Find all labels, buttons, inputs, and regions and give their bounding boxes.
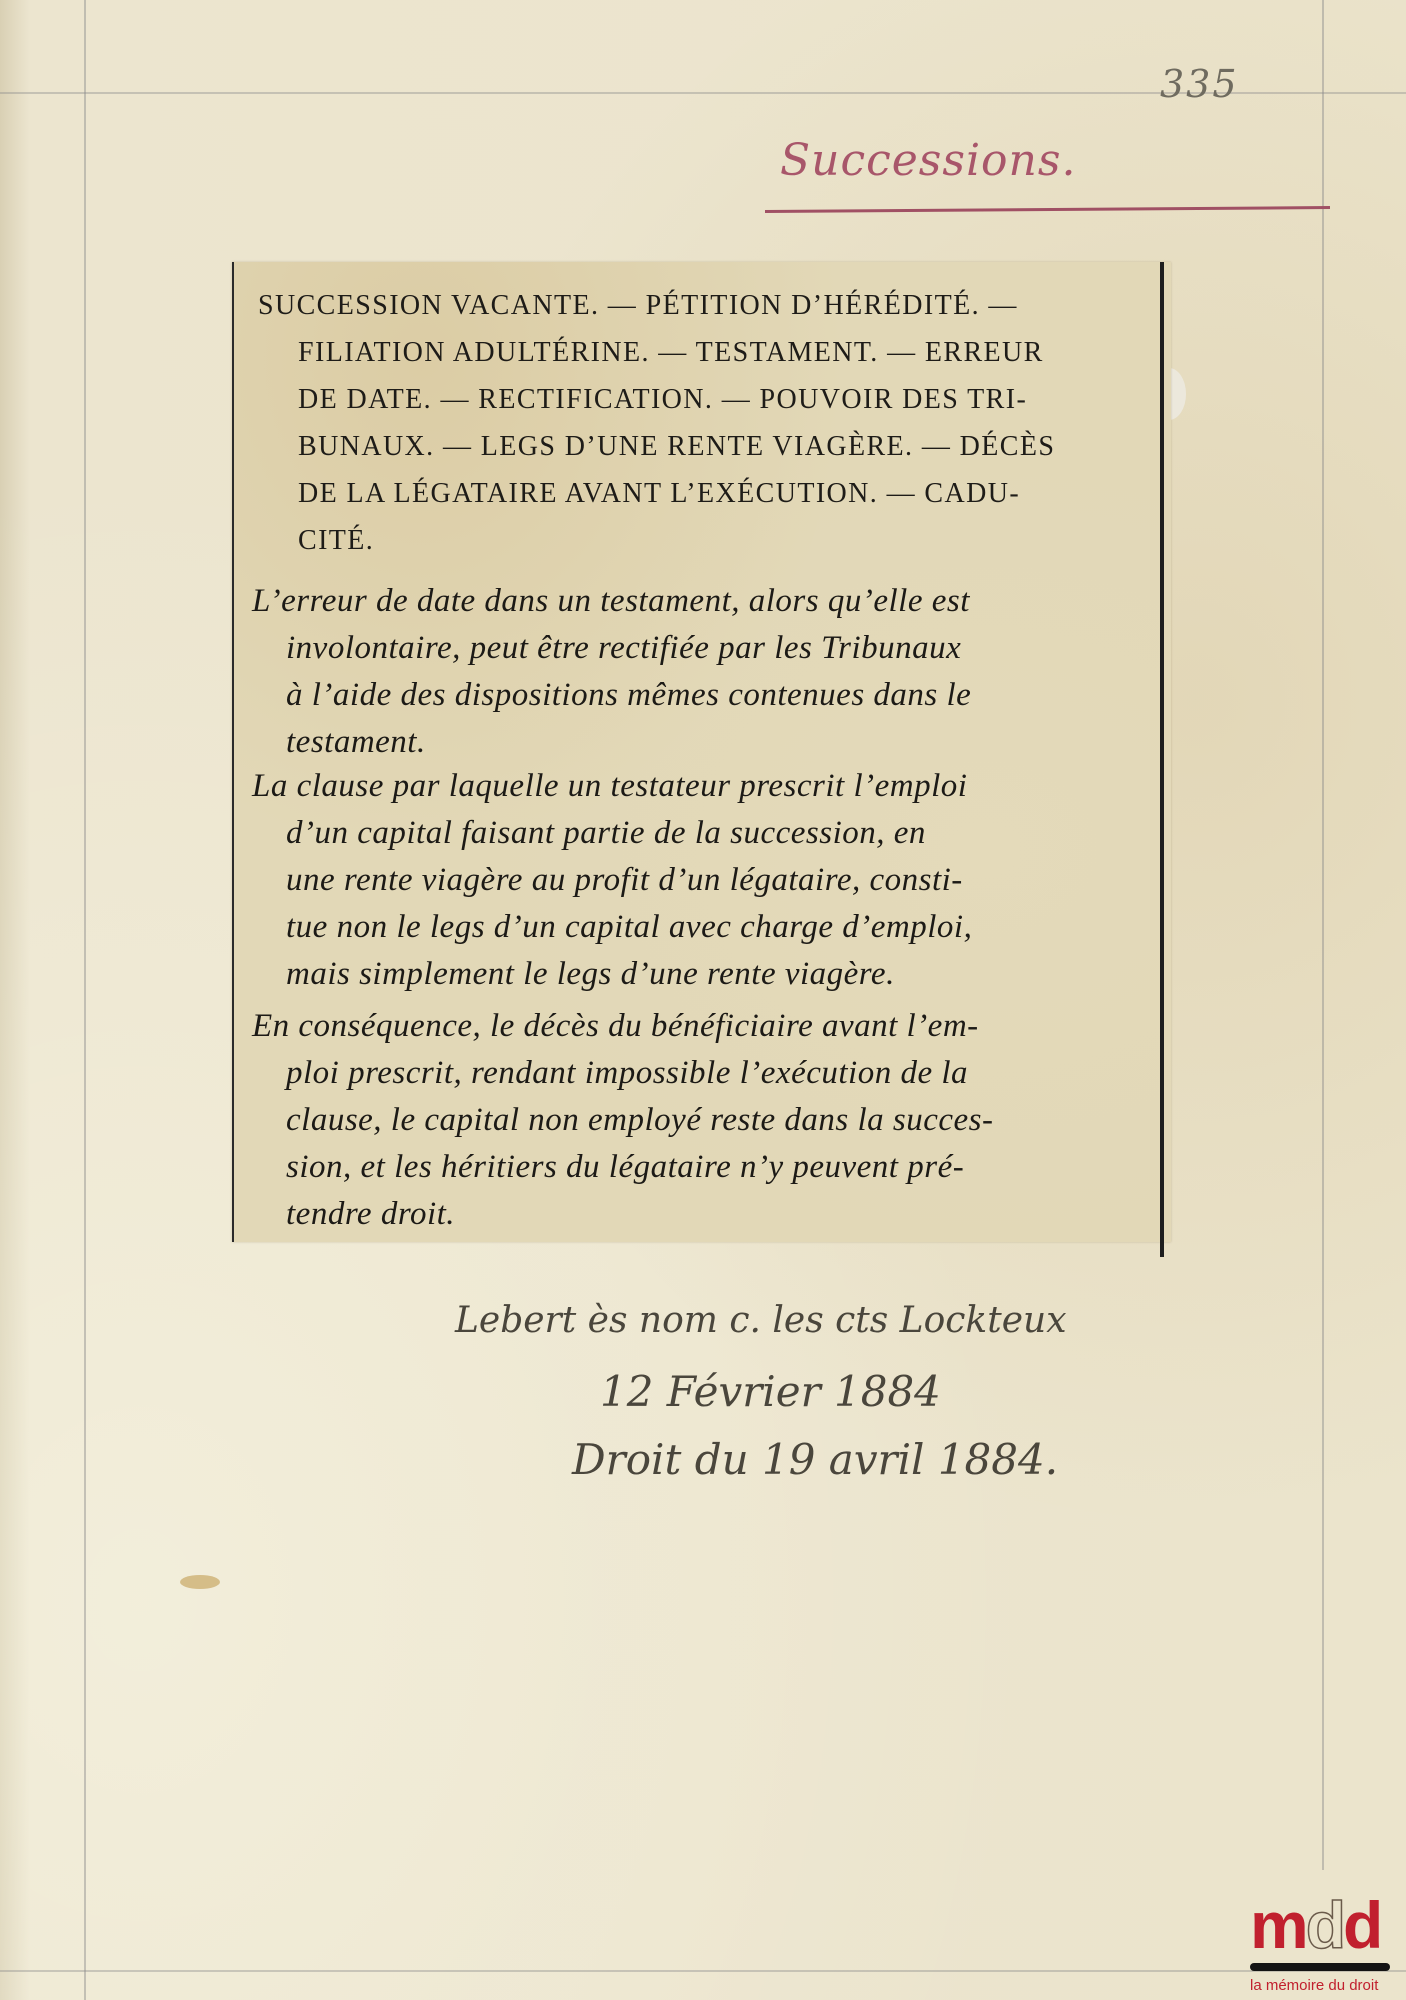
logo-letter: d <box>1306 1888 1343 1962</box>
heading-line: DE LA LÉGATAIRE AVANT L’EXÉCUTION. — CAD… <box>258 470 1158 517</box>
handwritten-decision-date: 12 Février 1884 <box>600 1367 941 1416</box>
bottom-rule <box>0 1970 1406 1972</box>
category-heading: Successions. <box>780 135 1076 186</box>
heading-line: DE DATE. — RECTIFICATION. — POUVOIR DES … <box>258 376 1158 423</box>
paragraph-line: En conséquence, le décès du bénéficiaire… <box>252 1003 1152 1050</box>
handwritten-case-parties: Lebert ès nom c. les cts Lockteux <box>455 1300 1067 1341</box>
paragraph-line: à l’aide des dispositions mêmes contenue… <box>252 672 1152 719</box>
paragraph-line: tue non le legs d’un capital avec charge… <box>252 904 1152 951</box>
logo-bar <box>1250 1963 1390 1971</box>
category-underline <box>765 206 1330 213</box>
mdd-logo: mdd la mémoire du droit <box>1250 1895 1400 2000</box>
margin-rule-left <box>84 0 86 2000</box>
heading-line: CITÉ. <box>258 517 1158 564</box>
paragraph-line: La clause par laquelle un testateur pres… <box>252 763 1152 810</box>
logo-letter: m <box>1250 1888 1306 1962</box>
paper-stain <box>180 1575 220 1589</box>
summary-paragraph-3: En conséquence, le décès du bénéficiaire… <box>252 1003 1152 1238</box>
mdd-logo-mark: mdd <box>1250 1895 1400 1955</box>
logo-tagline: la mémoire du droit <box>1250 1977 1400 1994</box>
paragraph-line: clause, le capital non employé reste dan… <box>252 1097 1152 1144</box>
summary-paragraph-1: L’erreur de date dans un testament, alor… <box>252 578 1152 766</box>
logo-letter: d <box>1343 1888 1380 1962</box>
folio-number: 335 <box>1160 62 1239 106</box>
paragraph-line: une rente viagère au profit d’un légatai… <box>252 857 1152 904</box>
heading-line: SUCCESSION VACANTE. — PÉTITION D’HÉRÉDIT… <box>258 282 1158 329</box>
paragraph-line: L’erreur de date dans un testament, alor… <box>252 578 1152 625</box>
paragraph-line: tendre droit. <box>252 1191 1152 1238</box>
paragraph-line: involontaire, peut être rectifiée par le… <box>252 625 1152 672</box>
paragraph-line: ploi prescrit, rendant impossible l’exéc… <box>252 1050 1152 1097</box>
handwritten-source-reference: Droit du 19 avril 1884. <box>572 1435 1058 1484</box>
paragraph-line: d’un capital faisant partie de la succes… <box>252 810 1152 857</box>
paragraph-line: testament. <box>252 719 1152 766</box>
margin-rule-right <box>1322 0 1324 1870</box>
clipping-heading: SUCCESSION VACANTE. — PÉTITION D’HÉRÉDIT… <box>258 282 1158 564</box>
heading-line: FILIATION ADULTÉRINE. — TESTAMENT. — ERR… <box>258 329 1158 376</box>
paragraph-line: mais simplement le legs d’une rente viag… <box>252 951 1152 998</box>
heading-line: BUNAUX. — LEGS D’UNE RENTE VIAGÈRE. — DÉ… <box>258 423 1158 470</box>
summary-paragraph-2: La clause par laquelle un testateur pres… <box>252 763 1152 998</box>
paragraph-line: sion, et les héritiers du légataire n’y … <box>252 1144 1152 1191</box>
clipping-column-rule <box>1160 262 1164 1257</box>
